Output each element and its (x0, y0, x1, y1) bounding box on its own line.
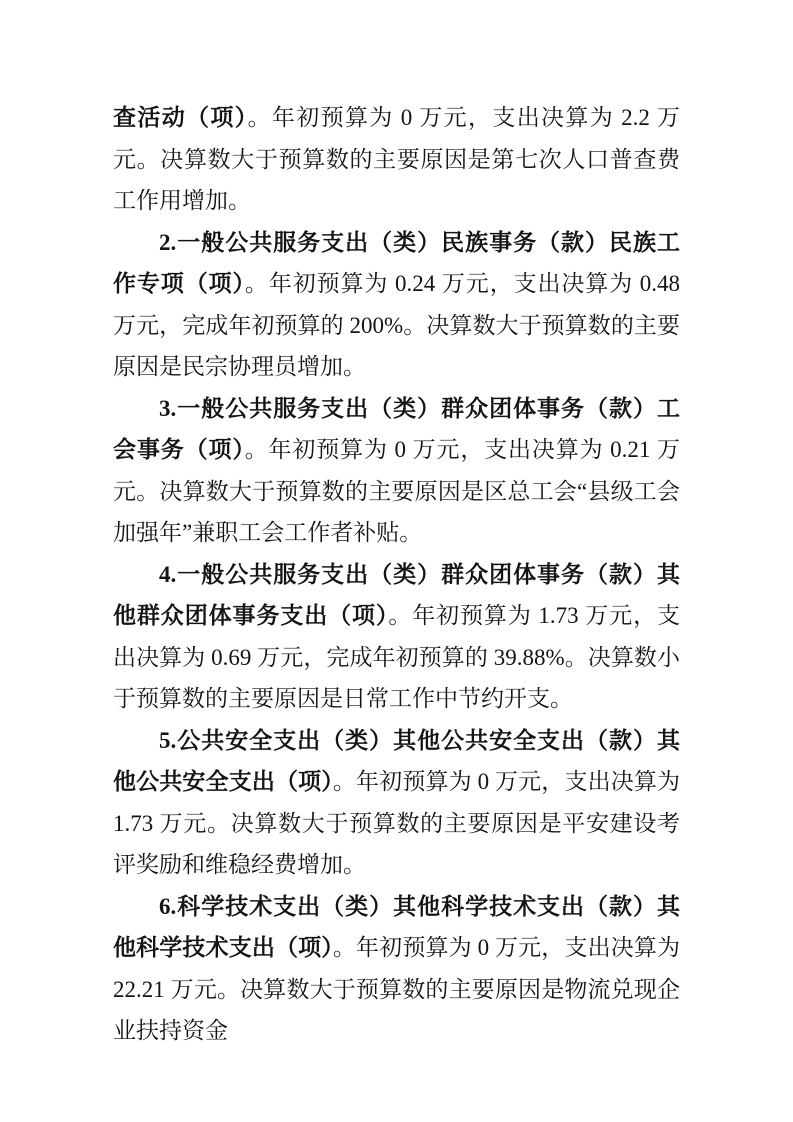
paragraph-item-4: 4.一般公共服务支出（类）群众团体事务（款）其他群众团体事务支出（项）。年初预算… (113, 554, 680, 720)
paragraph-continuation: 查活动（项）。年初预算为 0 万元，支出决算为 2.2 万元。决算数大于预算数的… (113, 97, 680, 222)
document-body: 查活动（项）。年初预算为 0 万元，支出决算为 2.2 万元。决算数大于预算数的… (113, 97, 680, 1052)
paragraph-item-5: 5.公共安全支出（类）其他公共安全支出（款）其他公共安全支出（项）。年初预算为 … (113, 720, 680, 886)
paragraph-item-3: 3.一般公共服务支出（类）群众团体事务（款）工会事务（项）。年初预算为 0 万元… (113, 388, 680, 554)
paragraph-lead-bold: 查活动（项） (113, 105, 248, 130)
document-page: 查活动（项）。年初预算为 0 万元，支出决算为 2.2 万元。决算数大于预算数的… (0, 0, 793, 1122)
paragraph-item-2: 2.一般公共服务支出（类）民族事务（款）民族工作专项（项）。年初预算为 0.24… (113, 222, 680, 388)
paragraph-item-6: 6.科学技术支出（类）其他科学技术支出（款）其他科学技术支出（项）。年初预算为 … (113, 886, 680, 1052)
